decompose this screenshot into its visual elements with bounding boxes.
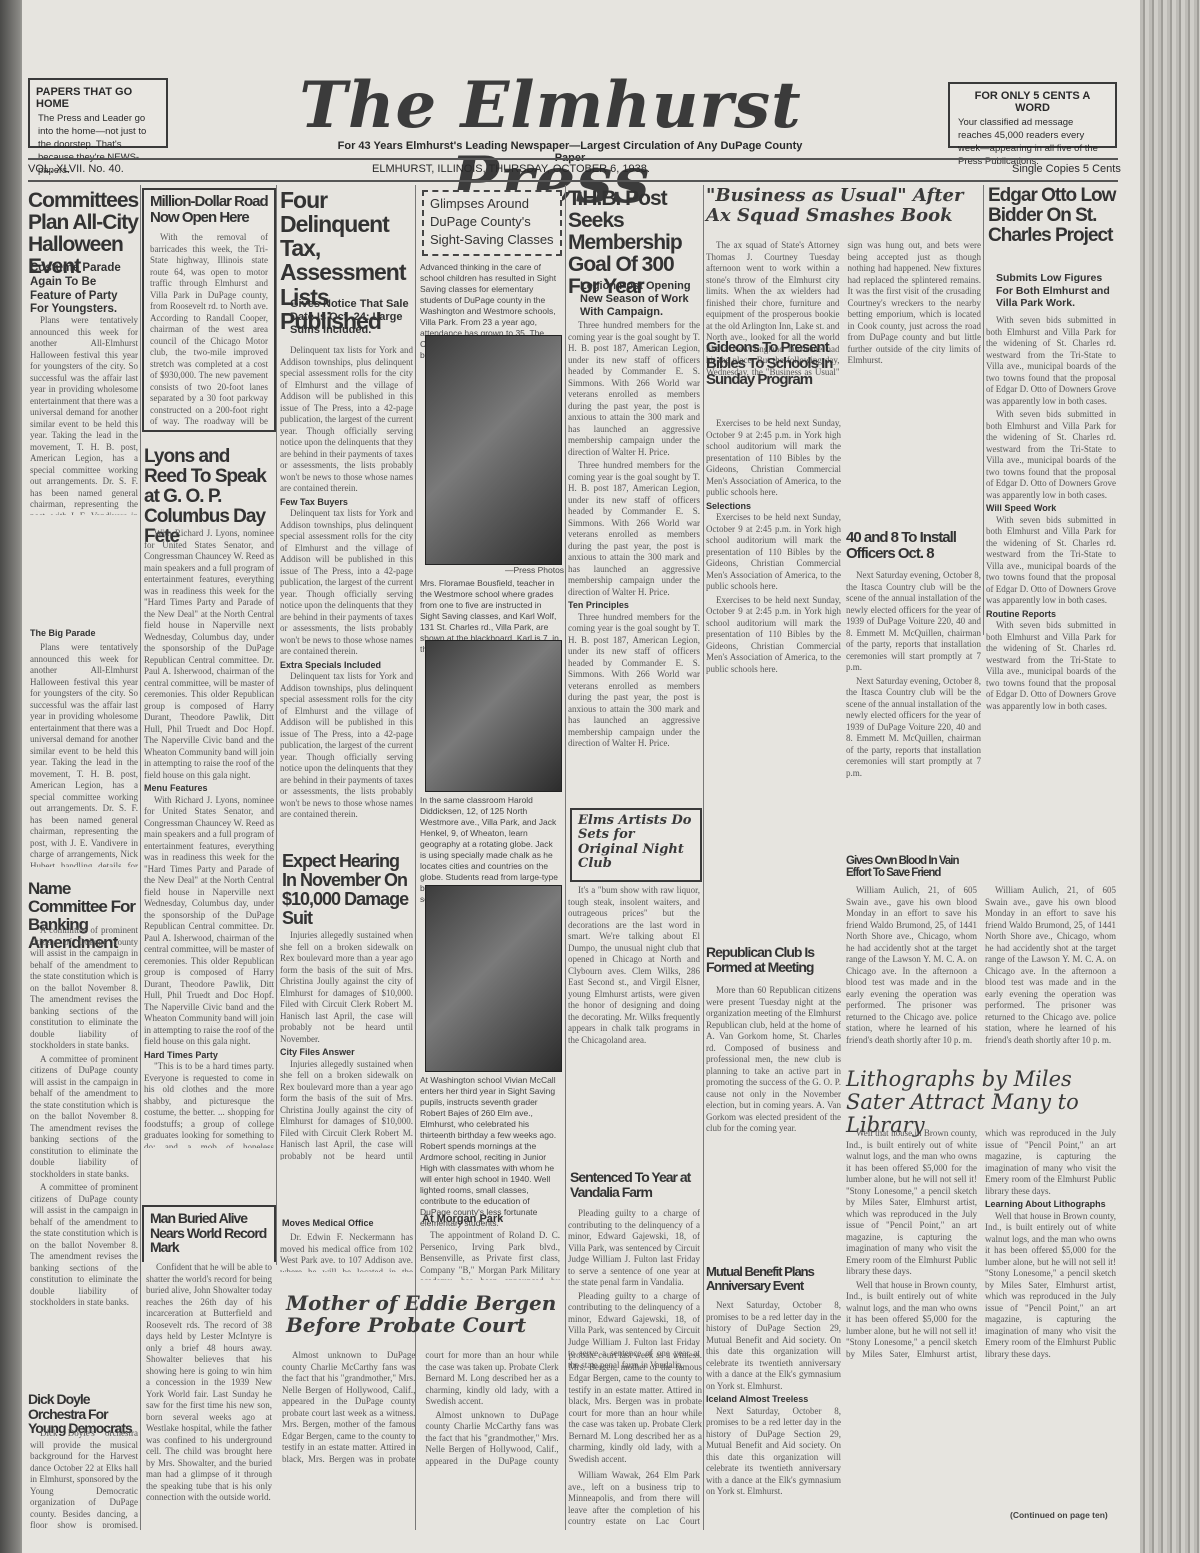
buried-box: Man Buried Alive Nears World Record Mark [142, 1205, 276, 1262]
col-divider [983, 185, 984, 635]
section-few-tax-buyers: Few Tax Buyers [280, 497, 413, 509]
body-text: Well that house in Brown county, Ind., i… [846, 1128, 977, 1278]
glimpses-box: Glimpses Around DuPage County's Sight-Sa… [422, 190, 562, 256]
body-tax: Delinquent tax lists for York and Addiso… [280, 345, 413, 840]
body-sater: Well that house in Brown county, Ind., i… [846, 1128, 1116, 1503]
subhead-tax: Gives Notice That Sale Date Is Oct. 24: … [290, 298, 410, 338]
body-morgan: The appointment of Roland D. C. Persenic… [420, 1230, 560, 1280]
body-text: More than 60 Republican citizens were pr… [706, 985, 841, 1135]
body-text: William Aulich, 21, of 605 Swain ave., g… [985, 885, 1116, 1046]
body-medical: Dr. Edwin F. Neckermann has moved his me… [280, 1232, 413, 1272]
headline-officers: 40 and 8 To Install Officers Oct. 8 [846, 530, 981, 562]
body-text: Injuries allegedly sustained when she fe… [280, 930, 413, 1045]
caption-washington: At Washington school Vivian McCall enter… [420, 1075, 560, 1229]
col-divider [276, 185, 277, 1265]
body-text: With seven bids submitted in both Elmhur… [986, 620, 1116, 712]
headline-otto: Edgar Otto Low Bidder On St. Charles Pro… [988, 186, 1116, 246]
photo-globe [425, 640, 562, 792]
body-text: Well that house in Brown county, Ind., i… [985, 1211, 1116, 1361]
body-text: William Aulich, 21, of 605 Swain ave., g… [846, 885, 977, 1046]
body-text: Exercises to be held next Sunday, Octobe… [706, 595, 841, 676]
body-text: With seven bids submitted in both Elmhur… [986, 409, 1116, 501]
body-wawak: William Wawak, 264 Elm Park ave., left o… [568, 1470, 700, 1528]
section-extra-specials: Extra Specials Included [280, 660, 413, 672]
headline-sater: Lithographs by Miles Sater Attract Many … [846, 1068, 1116, 1137]
body-text: A committee of prominent citizens of DuP… [30, 925, 138, 1052]
body-text: Dick Doyle's orchestra will provide the … [30, 1428, 138, 1528]
ear-right-title: FOR ONLY 5 CENTS A WORD [956, 90, 1109, 114]
volume-number: VOL. XLVII. No. 40. [28, 163, 124, 175]
col-divider [703, 185, 704, 1530]
subhead-legion: Legion Post Opening New Season of Work W… [580, 280, 700, 320]
section-iceland: Iceland Almost Treeless [706, 1394, 841, 1406]
body-halloween-cont: Plans were tentatively announced this we… [30, 642, 138, 867]
col-divider [565, 185, 566, 1530]
headline-expect: Expect Hearing In November On $10,000 Da… [282, 852, 412, 928]
body-vandalia: Pleading guilty to a charge of contribut… [568, 1208, 700, 1468]
headline-road: Million-Dollar Road Now Open Here [150, 194, 270, 226]
body-text: Plans were tentatively announced this we… [30, 315, 138, 515]
body-text: With Richard J. Lyons, nominee for Unite… [144, 795, 274, 1048]
body-text: Dr. Edwin F. Neckermann has moved his me… [280, 1232, 413, 1272]
body-buried: Confident that he will be able to shatte… [146, 1262, 272, 1527]
body-text: Next Saturday evening, October 8, the It… [846, 570, 981, 674]
ear-right-text: Your classified ad message reaches 45,00… [958, 116, 1107, 168]
section-routine-reports: Routine Reports [986, 609, 1116, 621]
section-lithographs: Learning About Lithographs [985, 1199, 1116, 1211]
section-morgan-park: At Morgan Park [422, 1213, 503, 1225]
headline-mutual: Mutual Benefit Plans Anniversary Event [706, 1265, 841, 1292]
photo-blackboard [425, 335, 562, 565]
masthead-tagline: For 43 Years Elmhurst's Leading Newspape… [330, 140, 810, 164]
body-text: Plans were tentatively announced this we… [30, 642, 138, 867]
body-text: Next Saturday evening, October 8, the It… [846, 676, 981, 780]
body-gop: With Richard J. Lyons, nominee for Unite… [144, 528, 274, 1148]
body-mutual: Next Saturday, October 8, promises to be… [706, 1300, 841, 1528]
body-text: The appointment of Roland D. C. Persenic… [420, 1230, 560, 1280]
headline-gideons: Gideons To Present Bibles To Schools In … [706, 340, 841, 387]
body-text: Next Saturday, October 8, promises to be… [706, 1406, 841, 1498]
section-medical: Moves Medical Office [282, 1218, 374, 1228]
ear-right: FOR ONLY 5 CENTS A WORD Your classified … [948, 82, 1117, 148]
headline-business: "Business as Usual" After Ax Squad Smash… [706, 186, 981, 226]
body-text: Pleading guilty to a charge of contribut… [568, 1208, 700, 1289]
body-text: Confident that he will be able to shatte… [146, 1262, 272, 1504]
body-legion: Three hundred members for the coming yea… [568, 320, 700, 770]
body-doyle: Dick Doyle's orchestra will provide the … [30, 1428, 138, 1528]
body-elms: It's a "bum show with raw liquor, tough … [568, 885, 700, 1145]
body-text: With seven bids submitted in both Elmhur… [986, 515, 1116, 607]
dateline-rule [28, 180, 1118, 182]
body-officers: Next Saturday evening, October 8, the It… [846, 570, 981, 810]
body-text: With Richard J. Lyons, nominee for Unite… [144, 528, 274, 781]
body-text: Exercises to be held next Sunday, Octobe… [706, 418, 841, 499]
body-banking: A committee of prominent citizens of DuP… [30, 925, 138, 1375]
body-text: Pleading guilty to a charge of contribut… [568, 1291, 700, 1372]
body-text: Next Saturday, October 8, promises to be… [706, 1300, 841, 1392]
body-text: Three hundred members for the coming yea… [568, 460, 700, 598]
road-box: Million-Dollar Road Now Open Here With t… [142, 188, 276, 432]
section-hard-times: Hard Times Party [144, 1050, 274, 1062]
headline-vandalia: Sentenced To Year at Vandalia Farm [570, 1170, 700, 1199]
body-text: Delinquent tax lists for York and Addiso… [280, 508, 413, 658]
body-republican: More than 60 Republican citizens were pr… [706, 985, 841, 1225]
top-rule [28, 158, 1118, 160]
ear-left-title: PAPERS THAT GO HOME [36, 86, 160, 110]
photo-washington-school [425, 885, 562, 1072]
section-speed-work: Will Speed Work [986, 503, 1116, 515]
ear-left: PAPERS THAT GO HOME The Press and Leader… [28, 78, 168, 148]
body-text: With seven bids submitted in both Elmhur… [986, 315, 1116, 407]
headline-bergen: Mother of Eddie Bergen Before Probate Co… [286, 1292, 562, 1336]
body-text: William Wawak, 264 Elm Park ave., left o… [568, 1470, 700, 1528]
headline-elms: Elms Artists Do Sets for Original Night … [578, 814, 696, 871]
place-date: ELMHURST, ILLINOIS, THURSDAY, OCTOBER 6,… [372, 163, 650, 175]
headline-glimpses: Glimpses Around DuPage County's Sight-Sa… [430, 195, 554, 249]
body-text: Exercises to be held next Sunday, Octobe… [706, 512, 841, 593]
elms-box: Elms Artists Do Sets for Original Night … [570, 808, 702, 882]
body-text: Three hundred members for the coming yea… [568, 320, 700, 458]
body-text: A committee of prominent citizens of DuP… [30, 1182, 138, 1309]
body-road: With the removal of barricades this week… [150, 232, 268, 427]
body-text: Delinquent tax lists for York and Addiso… [280, 671, 413, 821]
body-text: Delinquent tax lists for York and Addiso… [280, 345, 413, 495]
body-text: "This is to be a hard times party. Every… [144, 1061, 274, 1148]
section-city-files: City Files Answer [280, 1047, 413, 1059]
section-ten-principles: Ten Principles [568, 600, 700, 612]
body-text: It's a "bum show with raw liquor, tough … [568, 885, 700, 1046]
section-big-parade: The Big Parade [30, 628, 96, 638]
body-blood: William Aulich, 21, of 605 Swain ave., g… [846, 885, 1116, 1060]
price: Single Copies 5 Cents [1012, 163, 1121, 175]
headline-republican: Republican Club Is Formed at Meeting [706, 945, 841, 974]
body-halloween: Plans were tentatively announced this we… [30, 315, 138, 515]
headline-buried: Man Buried Alive Nears World Record Mark [150, 1211, 270, 1255]
page-scan-edge-right [1140, 0, 1200, 1553]
headline-blood: Gives Own Blood In Vain Effort To Save F… [846, 855, 981, 879]
subhead-otto: Submits Low Figures For Both Elmhurst an… [996, 272, 1116, 310]
continued-note: (Continued on page ten) [1010, 1510, 1108, 1521]
body-gideons: Exercises to be held next Sunday, Octobe… [706, 418, 841, 798]
photo-credit: —Press Photos [505, 565, 564, 576]
body-expect: Injuries allegedly sustained when she fe… [280, 930, 413, 1160]
section-selections: Selections [706, 501, 841, 513]
body-text: A committee of prominent citizens of DuP… [30, 1054, 138, 1181]
col-divider [140, 185, 141, 1530]
body-text: With the removal of barricades this week… [150, 232, 268, 427]
subhead-halloween: Costume Parade Again To Be Feature of Pa… [30, 262, 138, 317]
section-menu: Menu Features [144, 783, 274, 795]
body-otto: With seven bids submitted in both Elmhur… [986, 315, 1116, 845]
body-text: Three hundred members for the coming yea… [568, 612, 700, 750]
body-text: Injuries allegedly sustained when she fe… [280, 1059, 413, 1161]
